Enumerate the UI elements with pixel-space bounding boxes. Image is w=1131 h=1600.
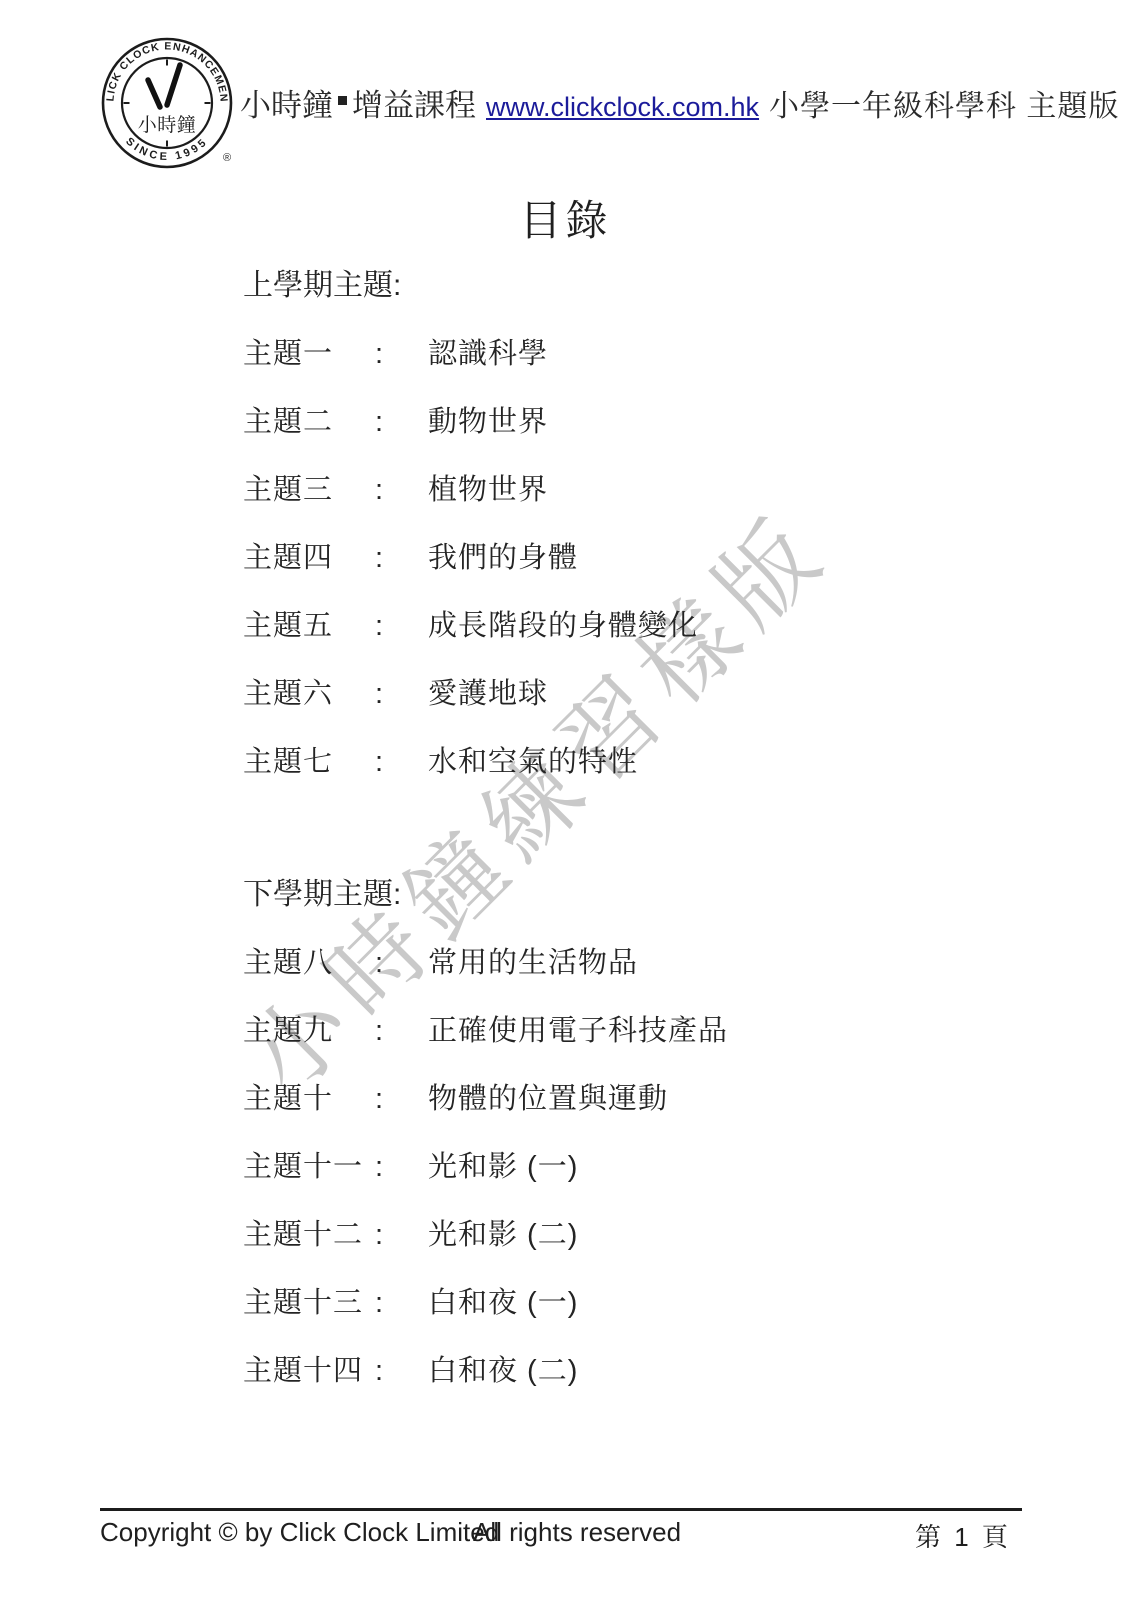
topic-colon: : (375, 543, 428, 573)
topic-label: 主題十三 (243, 1288, 375, 1318)
topic-label: 主題二 (243, 407, 375, 437)
toc-row: 主題七 : 水和空氣的特性 (243, 747, 1003, 777)
topic-colon: : (375, 1288, 428, 1318)
topic-label: 主題三 (243, 475, 375, 505)
brand-course: 增益課程 (352, 80, 476, 125)
page-header: 小時鐘 增益課程 www.clickclock.com.hk 小學一年級科學科 … (240, 80, 1040, 125)
footer-rights: All rights reserved (473, 1517, 681, 1548)
footer-copyright: Copyright © by Click Clock Limited (100, 1517, 499, 1548)
topic-title: 愛護地球 (428, 679, 1003, 709)
brand-name: 小時鐘 (240, 80, 333, 125)
footer-divider (100, 1508, 1022, 1511)
footer-page-number: 第 1 頁 (915, 1517, 1011, 1554)
topic-title: 認識科學 (428, 339, 1003, 369)
topic-title: 光和影 (二) (428, 1220, 1003, 1250)
toc-row: 主題五 : 成長階段的身體變化 (243, 611, 1003, 641)
page-title: 目錄 (100, 188, 1031, 248)
clock-stamp-icon: CLICK CLOCK ENHANCEMENT SINCE 1995 小時鐘 ® (98, 34, 238, 174)
topic-title: 物體的位置與運動 (428, 1084, 1003, 1114)
toc-row: 主題二 : 動物世界 (243, 407, 1003, 437)
topic-label: 主題七 (243, 747, 375, 777)
topic-title: 水和空氣的特性 (428, 747, 1003, 777)
topic-label: 主題十二 (243, 1220, 375, 1250)
toc-row: 主題十三 : 白和夜 (一) (243, 1288, 1003, 1318)
brand-title: 小時鐘 增益課程 (240, 80, 476, 125)
topic-label: 主題四 (243, 543, 375, 573)
toc-row: 主題九 : 正確使用電子科技產品 (243, 1016, 1003, 1046)
semester2-heading: 下學期主題: (243, 880, 1003, 910)
topic-label: 主題九 (243, 1016, 375, 1046)
table-of-contents: 上學期主題: 主題一 : 認識科學 主題二 : 動物世界 主題三 : 植物世界 … (243, 271, 1003, 1386)
topic-colon: : (375, 1084, 428, 1114)
topic-colon: : (375, 407, 428, 437)
topic-label: 主題六 (243, 679, 375, 709)
topic-colon: : (375, 1356, 428, 1386)
website-link[interactable]: www.clickclock.com.hk (486, 92, 759, 123)
topic-title: 成長階段的身體變化 (428, 611, 1003, 641)
topic-label: 主題十四 (243, 1356, 375, 1386)
toc-row: 主題十一 : 光和影 (一) (243, 1152, 1003, 1182)
topic-title: 白和夜 (一) (428, 1288, 1003, 1318)
toc-row: 主題十 : 物體的位置與運動 (243, 1084, 1003, 1114)
logo-center-text: 小時鐘 (138, 114, 197, 136)
topic-colon: : (375, 611, 428, 641)
toc-row: 主題十二 : 光和影 (二) (243, 1220, 1003, 1250)
registered-trademark-icon: ® (223, 152, 231, 164)
toc-row: 主題十四 : 白和夜 (二) (243, 1356, 1003, 1386)
topic-title: 光和影 (一) (428, 1152, 1003, 1182)
topic-title: 動物世界 (428, 407, 1003, 437)
toc-row: 主題八 : 常用的生活物品 (243, 948, 1003, 978)
topic-title: 白和夜 (二) (428, 1356, 1003, 1386)
topic-colon: : (375, 339, 428, 369)
topic-label: 主題五 (243, 611, 375, 641)
topic-colon: : (375, 679, 428, 709)
topic-label: 主題八 (243, 948, 375, 978)
subject-edition-label: 小學一年級科學科 主題版 (769, 81, 1119, 125)
brand-separator-square-icon (338, 96, 347, 105)
topic-colon: : (375, 1016, 428, 1046)
topic-title: 植物世界 (428, 475, 1003, 505)
topic-colon: : (375, 475, 428, 505)
toc-row: 主題四 : 我們的身體 (243, 543, 1003, 573)
topic-colon: : (375, 1152, 428, 1182)
topic-label: 主題十一 (243, 1152, 375, 1182)
toc-row: 主題三 : 植物世界 (243, 475, 1003, 505)
topic-title: 正確使用電子科技產品 (428, 1016, 1003, 1046)
toc-row: 主題一 : 認識科學 (243, 339, 1003, 369)
topic-colon: : (375, 948, 428, 978)
topic-title: 我們的身體 (428, 543, 1003, 573)
toc-row: 主題六 : 愛護地球 (243, 679, 1003, 709)
topic-label: 主題一 (243, 339, 375, 369)
document-page: 小時鐘練習樣版 CLICK CLOCK ENHANCEMENT SINCE 19… (0, 0, 1131, 1600)
semester1-heading: 上學期主題: (243, 271, 1003, 301)
topic-label: 主題十 (243, 1084, 375, 1114)
topic-colon: : (375, 747, 428, 777)
topic-title: 常用的生活物品 (428, 948, 1003, 978)
click-clock-logo: CLICK CLOCK ENHANCEMENT SINCE 1995 小時鐘 ® (98, 34, 238, 174)
topic-colon: : (375, 1220, 428, 1250)
